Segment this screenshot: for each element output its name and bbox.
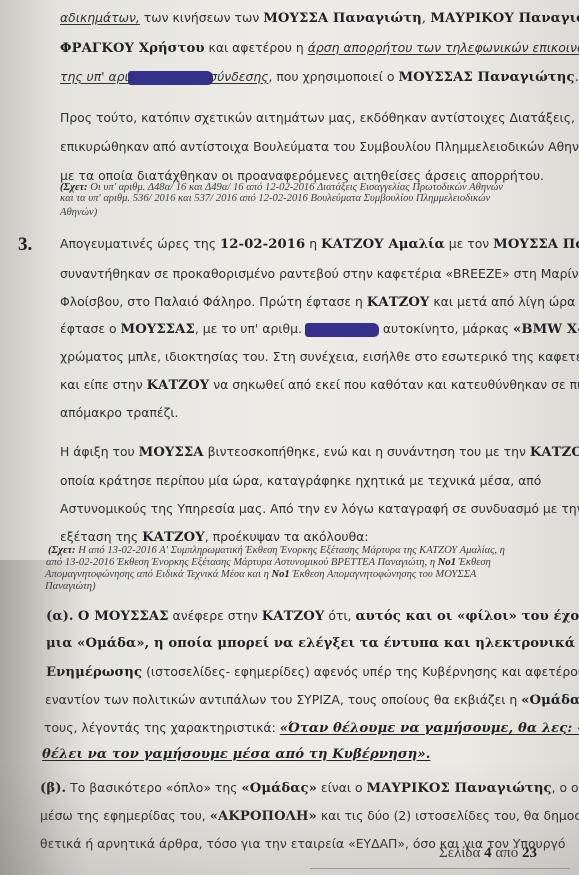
page-total: 23 (522, 845, 537, 861)
page-footer: Σελίδα 4 από 23 (439, 845, 537, 862)
item-b-text-last (0, 0, 579, 875)
footer-rule (310, 868, 570, 869)
page-number: 4 (484, 845, 492, 861)
